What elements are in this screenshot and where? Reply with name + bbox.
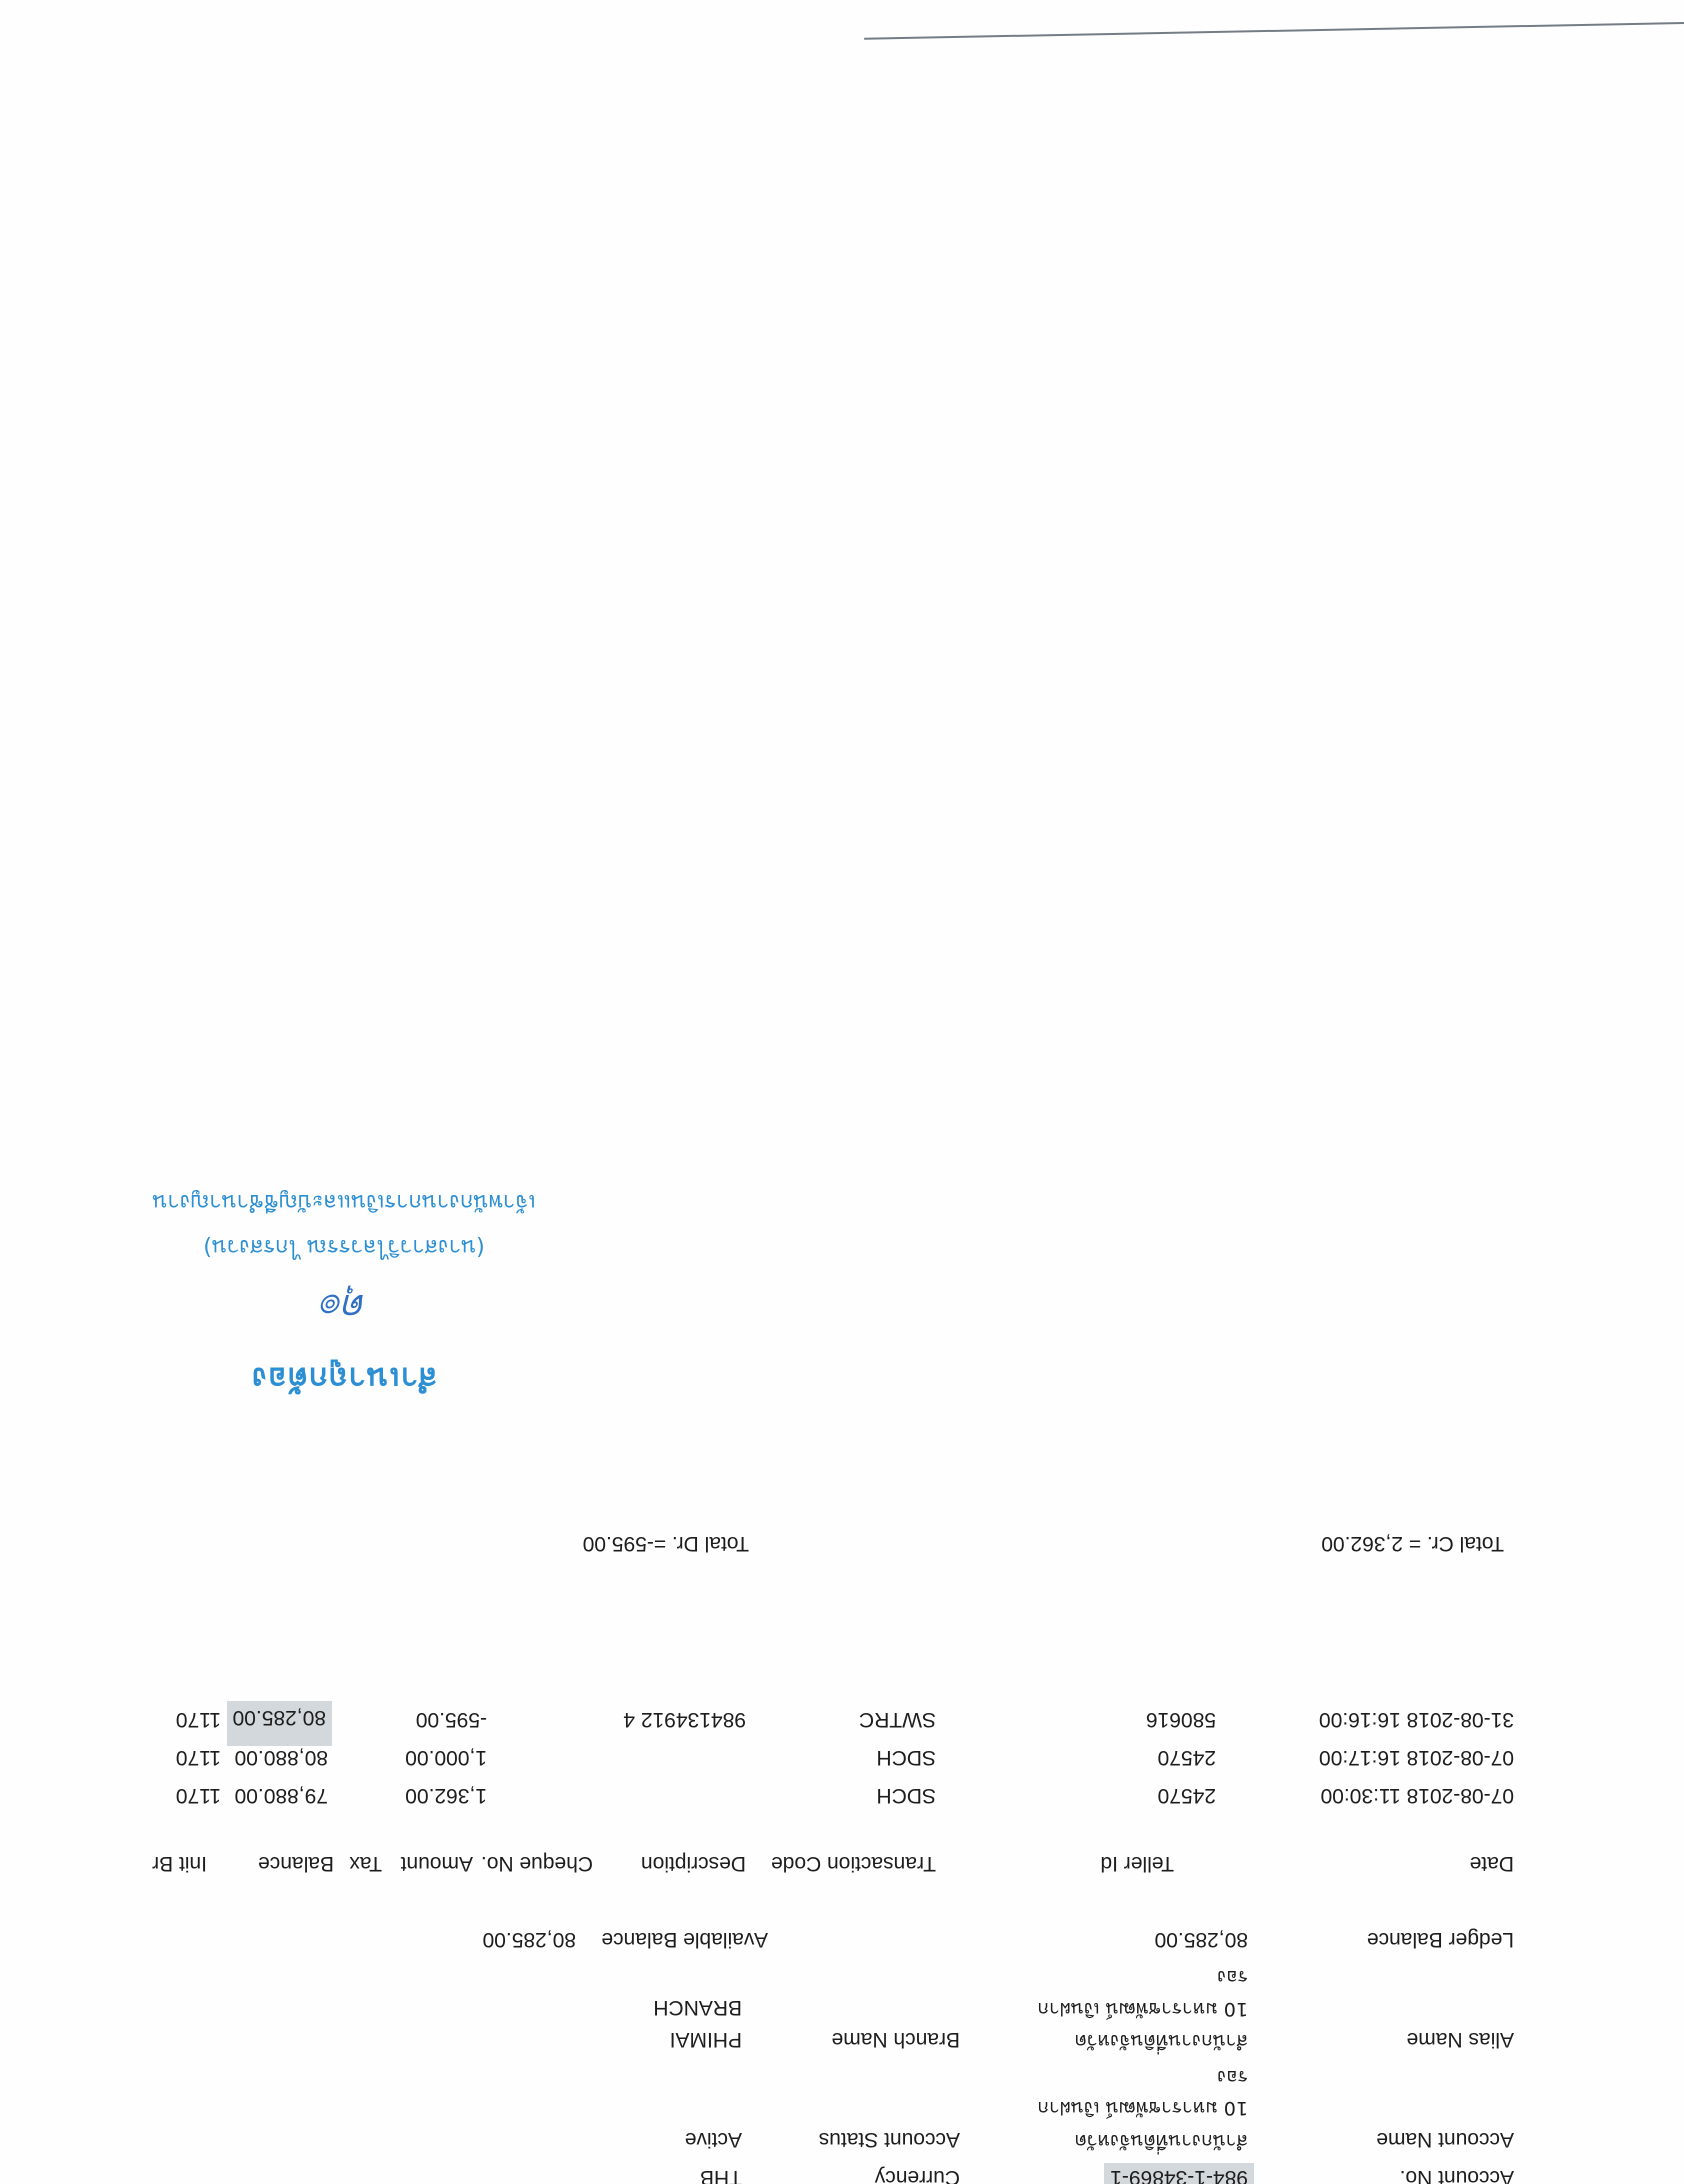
currency-label: Currency	[875, 2167, 960, 2184]
col-amount: Amount	[401, 1853, 473, 1874]
certification-stamp: สำเนาถูกต้อง ดุ๏ (นางสาววิไลวรรณ ไกรสงวน…	[134, 1185, 554, 1404]
alias-name-label: Alias Name	[1407, 2029, 1514, 2050]
row-balance-highlighted: 80,285.00	[227, 1701, 332, 1746]
stamp-name: (นางสาววิไลวรรณ ไกรสงวน)	[134, 1230, 554, 1265]
col-cheque-no: Cheque No.	[481, 1853, 593, 1874]
row-amount: 1,000.00	[405, 1747, 487, 1768]
available-balance-label: Available Balance	[601, 1929, 768, 1950]
row-teller: 24570	[1158, 1747, 1216, 1768]
stamp-certified-text: สำเนาถูกต้อง	[134, 1354, 554, 1404]
branch-name-label: Branch Name	[832, 2029, 960, 2050]
col-date: Date	[1470, 1853, 1514, 1874]
currency-value: THB	[700, 2167, 742, 2184]
account-status-label: Account Status	[819, 2129, 960, 2150]
row-teller: 580616	[1146, 1709, 1216, 1730]
row-cheque: 984134912 4	[623, 1709, 746, 1730]
total-debit: Total Dr. =-595.00	[583, 1533, 749, 1554]
col-transaction-code: Transaction Code	[771, 1853, 936, 1874]
row-amount: -595.00	[416, 1709, 487, 1730]
scan-edge-line	[864, 22, 1684, 40]
account-no-value: 984-1-34869-1	[1104, 2163, 1254, 2184]
account-no-label: Account No.	[1400, 2167, 1514, 2184]
row-balance: 79,880.00	[235, 1785, 328, 1806]
row-teller: 24570	[1158, 1785, 1216, 1806]
statement-page: Account No. 984-1-34869-1 Currency THB A…	[0, 0, 1684, 2184]
col-description: Description	[641, 1853, 746, 1874]
account-name-label: Account Name	[1376, 2129, 1514, 2150]
signature: ดุ๏	[134, 1279, 554, 1336]
stamp-position: เจ้าพนักงานการเงินและบัญชีชำนาญงาน	[134, 1185, 554, 1220]
row-init-br: 1170	[176, 1709, 221, 1730]
row-init-br: 1170	[176, 1785, 221, 1806]
branch-name-line-1: PHIMAI	[670, 2029, 742, 2050]
account-name-line-1: สำนักงานที่ดินจังหวัด	[1075, 2131, 1249, 2150]
alias-name-line-3: รอง	[1217, 1967, 1248, 1986]
ledger-balance-label: Ledger Balance	[1367, 1929, 1514, 1950]
available-balance-value: 80,285.00	[483, 1929, 576, 1950]
row-date: 07-08-2018 11:30:00	[1321, 1785, 1514, 1806]
col-tax: Tax	[349, 1853, 382, 1874]
row-code: SDCH	[876, 1747, 936, 1768]
col-init-br: Init Br	[152, 1853, 207, 1874]
row-date: 07-08-2018 16:17:00	[1319, 1747, 1514, 1768]
ledger-balance-value: 80,285.00	[1155, 1929, 1248, 1950]
row-balance: 80,880.00	[235, 1747, 328, 1768]
total-credit: Total Cr. = 2,362.00	[1321, 1533, 1504, 1554]
row-amount: 1,362.00	[405, 1785, 487, 1806]
alias-name-line-1: สำนักงานที่ดินจังหวัด	[1075, 2031, 1249, 2050]
row-code: SDCH	[876, 1785, 936, 1806]
branch-name-line-2: BRANCH	[653, 1997, 742, 2018]
alias-name-line-2: 10 มหาราชพัฒน์ เงินฝาก	[1038, 1999, 1248, 2018]
col-teller-id: Teller Id	[1100, 1853, 1174, 1874]
row-init-br: 1170	[176, 1747, 221, 1768]
row-code: SWTRC	[859, 1709, 936, 1730]
account-name-line-3: รอง	[1217, 2067, 1248, 2086]
col-balance: Balance	[258, 1853, 334, 1874]
account-name-line-2: 10 มหาราชพัฒน์ เงินฝาก	[1038, 2098, 1248, 2117]
account-status-value: Active	[685, 2129, 742, 2150]
row-date: 31-08-2018 16:16:00	[1319, 1709, 1514, 1730]
